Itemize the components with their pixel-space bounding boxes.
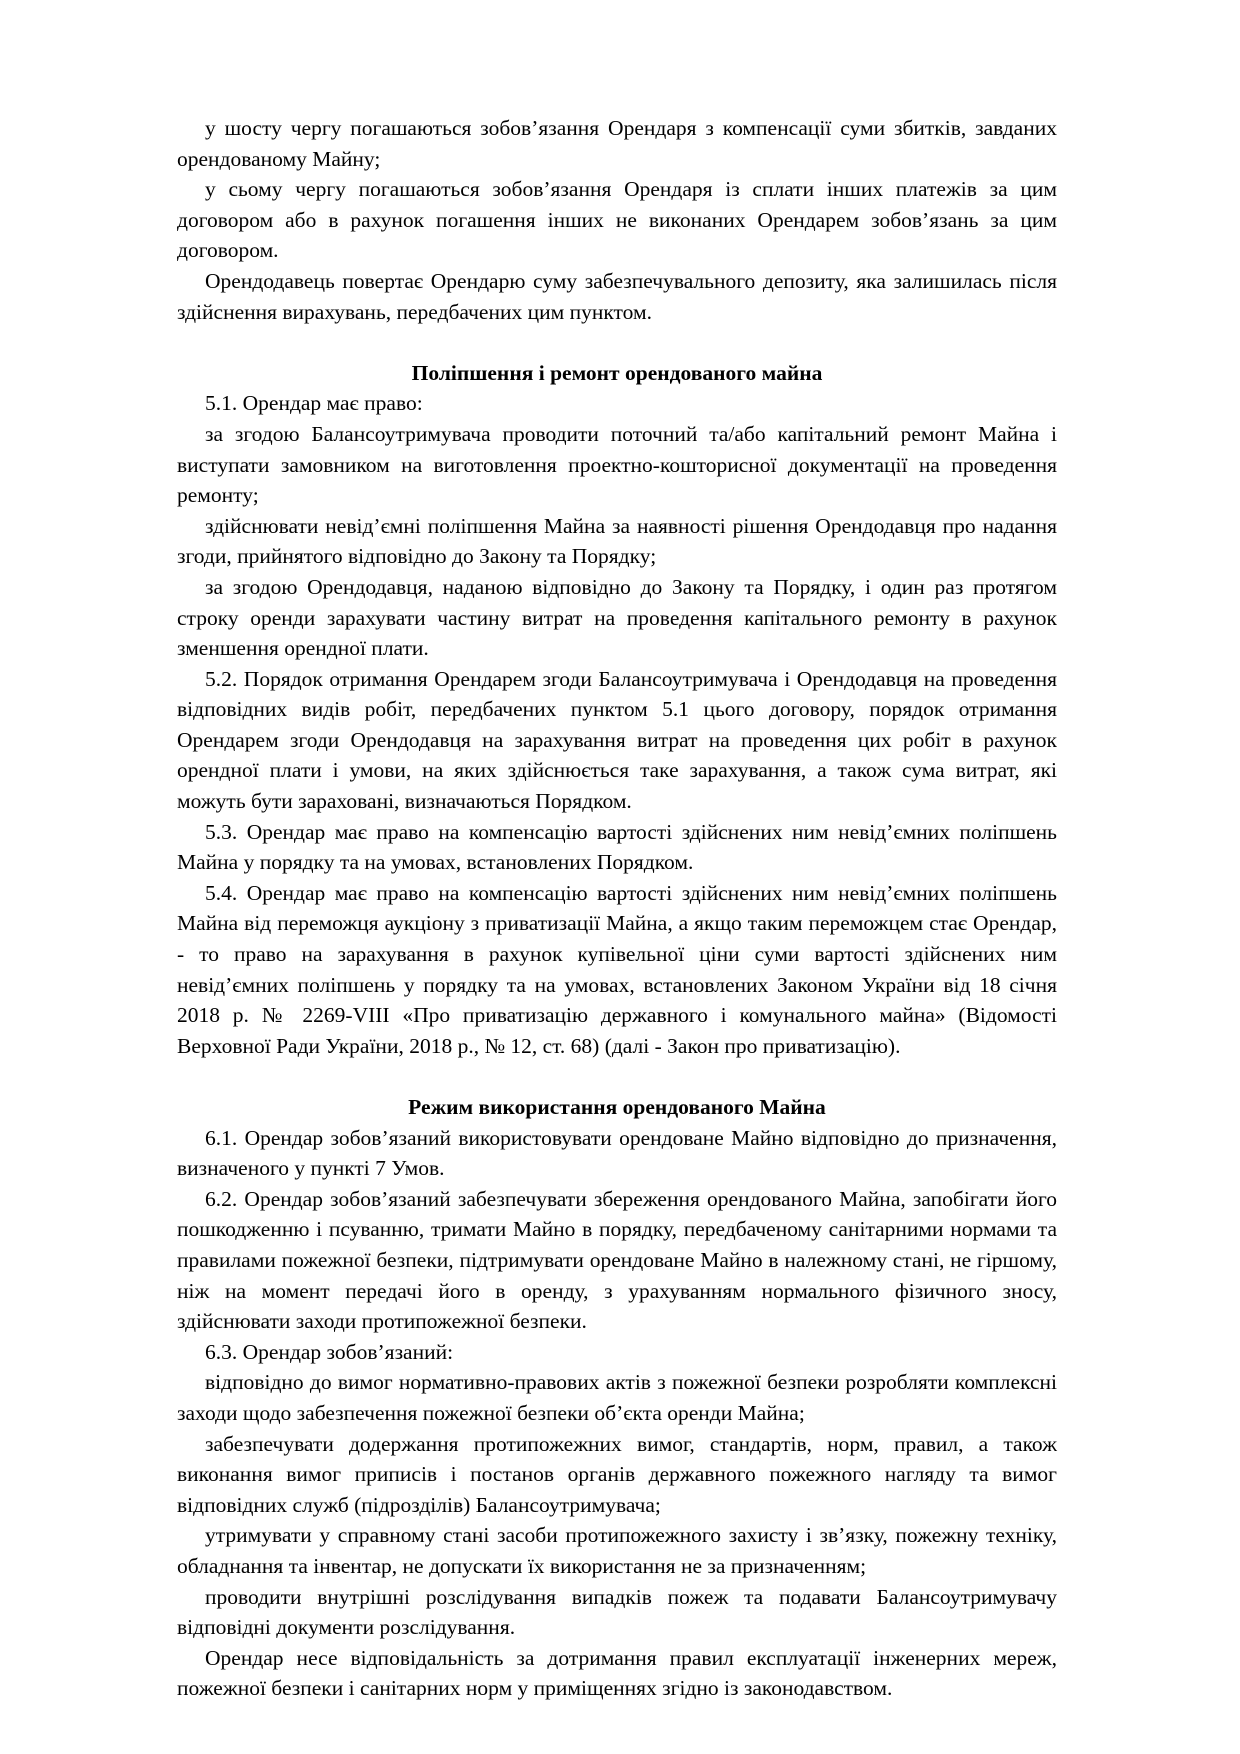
section-gap xyxy=(177,327,1057,358)
paragraph: проводити внутрішні розслідування випадк… xyxy=(177,1582,1057,1643)
section-5-heading: Поліпшення і ремонт орендованого майна xyxy=(177,358,1057,389)
section-gap xyxy=(177,1061,1057,1092)
section-6-heading: Режим використання орендованого Майна xyxy=(177,1092,1057,1123)
paragraph: за згодою Балансоутримувача проводити по… xyxy=(177,419,1057,511)
paragraph: у сьому чергу погашаються зобов’язання О… xyxy=(177,174,1057,266)
paragraph-6-2: 6.2. Орендар зобов’язаний забезпечувати … xyxy=(177,1184,1057,1337)
paragraph: Орендодавець повертає Орендарю суму забе… xyxy=(177,266,1057,327)
paragraph: відповідно до вимог нормативно-правових … xyxy=(177,1367,1057,1428)
paragraph: у шосту чергу погашаються зобов’язання О… xyxy=(177,113,1057,174)
paragraph: утримувати у справному стані засоби прот… xyxy=(177,1520,1057,1581)
paragraph-6-3: 6.3. Орендар зобов’язаний: xyxy=(177,1337,1057,1368)
paragraph-5-4: 5.4. Орендар має право на компенсацію ва… xyxy=(177,878,1057,1062)
paragraph-5-3: 5.3. Орендар має право на компенсацію ва… xyxy=(177,817,1057,878)
paragraph: Орендар несе відповідальність за дотрима… xyxy=(177,1643,1057,1704)
paragraph-6-1: 6.1. Орендар зобов’язаний використовуват… xyxy=(177,1123,1057,1184)
paragraph: забезпечувати додержання протипожежних в… xyxy=(177,1429,1057,1521)
paragraph-5-1: 5.1. Орендар має право: xyxy=(177,388,1057,419)
paragraph-5-2: 5.2. Порядок отримання Орендарем згоди Б… xyxy=(177,664,1057,817)
document-page: у шосту чергу погашаються зобов’язання О… xyxy=(177,113,1057,1704)
paragraph: за згодою Орендодавця, наданою відповідн… xyxy=(177,572,1057,664)
paragraph: здійснювати невід’ємні поліпшення Майна … xyxy=(177,511,1057,572)
